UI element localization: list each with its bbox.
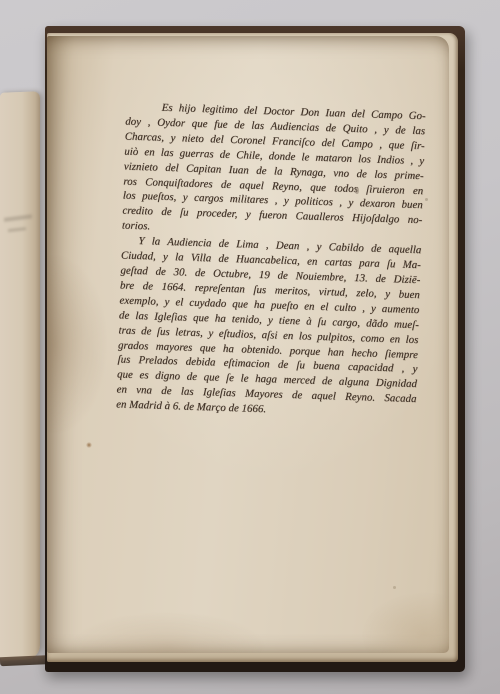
paragraph-1: Es hijo legitimo del Doctor Don Iuan del… xyxy=(122,100,426,244)
foxing-spot xyxy=(86,442,92,448)
book-page: Es hijo legitimo del Doctor Don Iuan del… xyxy=(47,36,449,653)
photo-backdrop: Es hijo legitimo del Doctor Don Iuan del… xyxy=(0,0,500,694)
showthrough-mark xyxy=(4,214,32,222)
foxing-spot xyxy=(425,198,428,201)
paragraph-2: Y la Audiencia de Lima , Dean , y Cabild… xyxy=(116,234,422,422)
showthrough-mark xyxy=(8,227,26,232)
foxing-spot xyxy=(393,586,396,589)
printed-text-block: Es hijo legitimo del Doctor Don Iuan del… xyxy=(116,100,426,423)
facing-page-edge xyxy=(0,91,40,661)
